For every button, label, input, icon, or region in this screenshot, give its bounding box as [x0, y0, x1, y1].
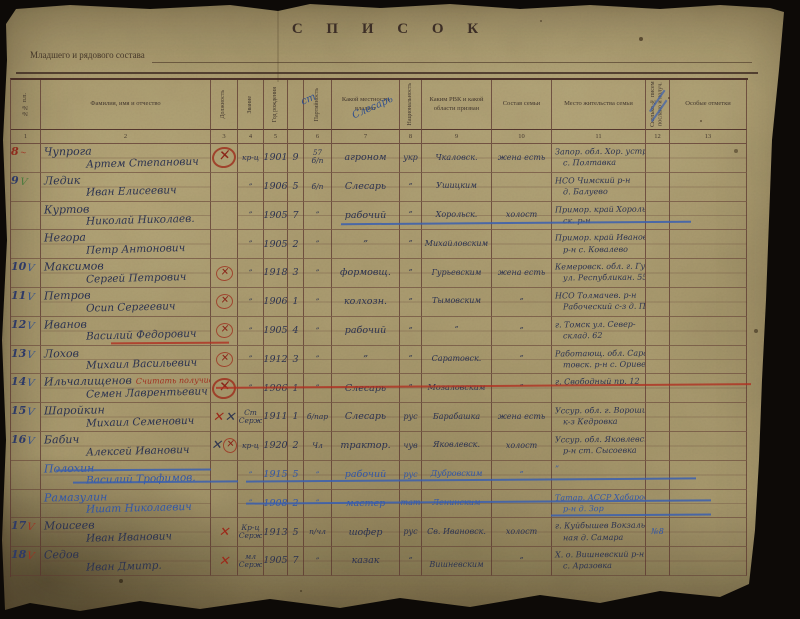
- rvk-line: Ленинским: [432, 499, 480, 508]
- party-line: б/п: [312, 157, 324, 165]
- row-number-cell: 15V: [11, 403, 41, 432]
- address-line-2: р-н д. Зор: [563, 502, 645, 514]
- party-line: ”: [316, 471, 320, 479]
- given-names-handwriting: Ишат Николаевич: [86, 502, 210, 517]
- party-cell: ”: [304, 259, 332, 288]
- letters-cell: [646, 259, 670, 288]
- profession-cell: ”: [332, 230, 400, 259]
- row-number: 17: [11, 520, 26, 531]
- rank-cell: млСерж: [238, 547, 264, 576]
- address-line-2: ул. Республикан. 55.: [563, 272, 645, 284]
- check-mark: V: [27, 408, 36, 419]
- rank-line: кр-ц: [242, 442, 259, 450]
- mark-cell: ✕: [211, 144, 238, 173]
- name-cell: ШаройкинМихаил Семенович: [41, 403, 211, 432]
- notes-cell: [670, 259, 747, 288]
- digit-cell: 3: [288, 346, 304, 375]
- check-mark: V: [27, 350, 36, 361]
- name-cell: КуртовНиколай Николаев.: [41, 202, 211, 231]
- party-line: ”: [316, 327, 320, 335]
- letters-cell: [646, 144, 670, 173]
- row-number: 15: [11, 405, 26, 416]
- column-number-9: 8: [400, 130, 422, 144]
- name-cell: ПетровОсип Сергеевич: [41, 288, 211, 317]
- notes-cell: [670, 374, 747, 403]
- party-line: ”: [316, 384, 320, 392]
- name-cell: МоисеевИван Иванович: [41, 518, 211, 547]
- party-cell: ”: [304, 202, 332, 231]
- family-cell: [492, 490, 552, 519]
- given-names-handwriting: Михаил Васильевич: [86, 358, 210, 373]
- rank-cell: Кр-цСерж: [238, 518, 264, 547]
- address-line-2: р-н с. Ковалево: [563, 243, 645, 255]
- profession-cell: рабочий: [332, 461, 400, 490]
- row-number: 8: [11, 146, 19, 157]
- given-names-handwriting: Иван Елисеевич: [86, 185, 210, 200]
- rvk-cell: Мозаловским: [422, 374, 492, 403]
- party-line: Чл: [312, 442, 323, 450]
- party-cell: б/п: [304, 173, 332, 202]
- check-mark: V: [27, 437, 36, 448]
- column-number-6: [288, 130, 304, 144]
- rank-cell: ”: [238, 490, 264, 519]
- rvk-line: Хорольск.: [436, 211, 478, 220]
- party-line: ”: [316, 499, 320, 507]
- profession-cell: казак: [332, 547, 400, 576]
- birth-year-cell: 1906: [264, 173, 288, 202]
- mark-cell: ✕: [211, 259, 238, 288]
- family-cell: жена есть: [492, 259, 552, 288]
- check-mark: V: [27, 552, 36, 563]
- digit-cell: 9: [288, 144, 304, 173]
- column-header-5: Год рождения: [264, 80, 288, 130]
- name-cell: ЧупрогаАртем Степанович: [41, 144, 211, 173]
- nationality-cell: рус: [400, 461, 422, 490]
- profession-cell: шофер: [332, 518, 400, 547]
- party-line: ”: [316, 269, 320, 277]
- given-names-handwriting: Михаил Семенович: [86, 415, 210, 430]
- party-cell: ”: [304, 346, 332, 375]
- rvk-line: Мозаловским: [428, 384, 486, 393]
- address-cell: Примор. край Ивановск.р-н с. Ковалево: [552, 230, 646, 259]
- nationality-cell: тат: [400, 490, 422, 519]
- check-mark: V: [27, 264, 36, 275]
- cross-mark: ✕: [215, 293, 234, 310]
- row-number-cell: 17V: [11, 518, 41, 547]
- nationality-cell: ”: [400, 547, 422, 576]
- column-number-1: 1: [11, 130, 41, 144]
- party-line: ”: [316, 298, 320, 306]
- party-line: ”: [316, 211, 320, 219]
- rank-cell: ”: [238, 230, 264, 259]
- paper-specks: [0, 0, 2, 2]
- cross-mark: ✕: [225, 411, 236, 424]
- row-number-cell: 9V: [11, 173, 41, 202]
- party-line: ”: [316, 355, 320, 363]
- digit-cell: 1: [288, 374, 304, 403]
- row-number-cell: 13V: [11, 346, 41, 375]
- family-cell: ”: [492, 547, 552, 576]
- nationality-cell: рус: [400, 518, 422, 547]
- nationality-cell: ”: [400, 259, 422, 288]
- aged-paper-sheet: С П И С О К Младшего и рядового состава …: [0, 0, 800, 619]
- mark-cell: ✕: [211, 547, 238, 576]
- check-mark: V: [19, 177, 28, 188]
- row-number-cell: 16V: [11, 432, 41, 461]
- birth-year-cell: 1913: [264, 518, 288, 547]
- address-cell: Работающ. обл. Сара-товск. р-н с. Оривел…: [552, 346, 646, 375]
- rank-line: ”: [249, 355, 253, 363]
- name-cell: ПолохинВасилий Трофимов.: [41, 461, 211, 490]
- party-line: б/п: [312, 183, 324, 191]
- rank-line: ”: [249, 327, 253, 335]
- birth-year-cell: 1915: [264, 461, 288, 490]
- party-cell: ”: [304, 288, 332, 317]
- mark-cell: ✕✕: [211, 403, 238, 432]
- party-cell: ”: [304, 547, 332, 576]
- address-line-1: Работающ. обл. Сара-: [555, 347, 645, 359]
- digit-cell: 5: [288, 173, 304, 202]
- notes-cell: [670, 230, 747, 259]
- mark-cell: ✕: [211, 346, 238, 375]
- address-cell: г. Свободный пр. 12: [552, 374, 646, 403]
- digit-cell: 4: [288, 317, 304, 346]
- mark-cell: ✕: [211, 374, 238, 403]
- party-cell: ”: [304, 317, 332, 346]
- family-cell: ”: [492, 461, 552, 490]
- party-cell: п/чл: [304, 518, 332, 547]
- given-names-handwriting: Николай Николаев.: [86, 214, 210, 229]
- rank-cell: ”: [238, 374, 264, 403]
- family-cell: жена есть: [492, 403, 552, 432]
- rvk-line: Тымовским: [432, 297, 481, 306]
- row-number: 13: [11, 348, 26, 359]
- family-cell: холост: [492, 432, 552, 461]
- family-cell: ”: [492, 346, 552, 375]
- column-header-4: Звание: [238, 80, 264, 130]
- column-header-1: №№ п.п.: [11, 80, 41, 130]
- profession-cell: мастер: [332, 490, 400, 519]
- cross-mark: ✕: [211, 439, 222, 452]
- birth-year-cell: 1901: [264, 144, 288, 173]
- address-cell: г. Куйбышев Вокзаль-ная д. Самара: [552, 518, 646, 547]
- paper-crease: [277, 4, 279, 82]
- digit-cell: 7: [288, 202, 304, 231]
- digit-cell: 3: [288, 259, 304, 288]
- notes-cell: [670, 288, 747, 317]
- party-cell: 57б/п: [304, 144, 332, 173]
- rank-line: Серж: [239, 532, 263, 540]
- address-line-2: р-н ст. Сысоевка: [563, 445, 645, 457]
- column-header-label: Каким РВК и какой области призван: [422, 95, 491, 113]
- digit-cell: 1: [288, 288, 304, 317]
- column-number-14: 13: [670, 130, 747, 144]
- rank-cell: СтСерж: [238, 403, 264, 432]
- letters-cell: №8: [646, 518, 670, 547]
- personnel-table: №№ п.п.Фамилия, имя и отчествоДолжностьЗ…: [10, 78, 748, 577]
- rvk-cell: Хорольск.: [422, 202, 492, 231]
- row-number: 11: [11, 290, 26, 301]
- letters-cell: [646, 461, 670, 490]
- rvk-line: Яковлевск.: [433, 441, 480, 450]
- nationality-cell: чув: [400, 432, 422, 461]
- nationality-cell: ”: [400, 202, 422, 231]
- given-names-handwriting: Петр Антонович: [86, 242, 210, 257]
- address-cell: Примор. край Хороль-ск. р-н: [552, 202, 646, 231]
- notes-cell: [670, 346, 747, 375]
- row-number-cell: 12V: [11, 317, 41, 346]
- given-names-handwriting: Иван Дмитр.: [86, 559, 210, 574]
- column-header-7: Партийность: [304, 80, 332, 130]
- rvk-cell: Тымовским: [422, 288, 492, 317]
- family-cell: холост: [492, 202, 552, 231]
- family-cell: жена есть: [492, 144, 552, 173]
- address-line-2: с. Полтавка: [563, 157, 645, 169]
- address-cell: НСО Толмачев. р-нРабоческий с-з д. Петро…: [552, 288, 646, 317]
- notes-cell: [670, 432, 747, 461]
- cross-mark: ✕: [211, 145, 238, 170]
- letters-cell: [646, 346, 670, 375]
- family-cell: ”: [492, 288, 552, 317]
- rvk-line: Вишневским: [429, 561, 483, 570]
- rank-line: ”: [249, 183, 253, 191]
- address-line-1: г. Томск ул. Север-: [555, 318, 645, 330]
- row-number-cell: [11, 490, 41, 519]
- notes-cell: [670, 490, 747, 519]
- profession-cell: рабочий: [332, 202, 400, 231]
- column-header-label: Состав семьи: [502, 99, 542, 109]
- rank-line: ”: [249, 211, 253, 219]
- check-mark: V: [27, 293, 36, 304]
- column-number-11: 10: [492, 130, 552, 144]
- birth-year-cell: 1905: [264, 547, 288, 576]
- profession-cell: Слесарь: [332, 403, 400, 432]
- mark-cell: [211, 202, 238, 231]
- birth-year-cell: 1906: [264, 374, 288, 403]
- row-number-cell: 18V: [11, 547, 41, 576]
- given-names-handwriting: Семен Лаврентьевич: [86, 386, 210, 401]
- birth-year-cell: 1918: [264, 259, 288, 288]
- letters-cell: [646, 288, 670, 317]
- column-header-8: Какой местности владеет: [332, 80, 400, 130]
- rvk-cell: Саратовск.: [422, 346, 492, 375]
- birth-year-cell: 1905: [264, 202, 288, 231]
- address-line-1: Примор. край Хороль-: [555, 203, 645, 215]
- rank-line: ”: [249, 269, 253, 277]
- address-cell: Х. о. Вишневский р-нс. Аразовка: [552, 547, 646, 576]
- column-header-13: Сколько № писем послано и получ.: [646, 80, 670, 130]
- subtitle-rule: [152, 62, 752, 63]
- address-line-1: Татар. АССР Хабаровск.: [555, 491, 645, 503]
- column-header-label: Фамилия, имя и отчество: [89, 99, 161, 109]
- nationality-cell: укр: [400, 144, 422, 173]
- letters-cell: [646, 432, 670, 461]
- profession-cell: ”: [332, 346, 400, 375]
- rank-cell: ”: [238, 202, 264, 231]
- column-header-label: Звание: [246, 95, 256, 115]
- address-line-1: Примор. край Ивановск.: [555, 232, 645, 244]
- mark-cell: [211, 230, 238, 259]
- profession-cell: Слесарь: [332, 173, 400, 202]
- column-number-8: 7: [332, 130, 400, 144]
- address-line-2: д. Балуево: [563, 186, 645, 198]
- address-cell: Кемеровск. обл. г. Гурьевскул. Республик…: [552, 259, 646, 288]
- digit-cell: 1: [288, 403, 304, 432]
- top-rule: [16, 72, 758, 74]
- rank-cell: кр-ц: [238, 432, 264, 461]
- birth-year-cell: 1906: [264, 288, 288, 317]
- check-mark: V: [27, 379, 36, 390]
- check-mark: V: [27, 321, 36, 332]
- rvk-cell: Дубровским: [422, 461, 492, 490]
- nationality-cell: ”: [400, 317, 422, 346]
- rank-line: ”: [249, 499, 253, 507]
- party-cell: Чл: [304, 432, 332, 461]
- digit-cell: 2: [288, 230, 304, 259]
- rvk-cell: Яковлевск.: [422, 432, 492, 461]
- rvk-line: Саратовск.: [432, 355, 482, 364]
- rank-line: кр-ц: [242, 154, 259, 162]
- name-cell: ИльчалищеновСчитать получивш.Семен Лавре…: [41, 374, 211, 403]
- letters-cell: [646, 403, 670, 432]
- name-cell: ИвановВасилий Федорович: [41, 317, 211, 346]
- address-line-2: товск. р-н с. Оривелево: [563, 358, 645, 370]
- page-subtitle: Младшего и рядового состава: [30, 50, 145, 60]
- cross-mark: ✕: [213, 411, 224, 424]
- column-number-2: 2: [41, 130, 211, 144]
- name-cell: ЛедикИван Елисеевич: [41, 173, 211, 202]
- rank-cell: ”: [238, 173, 264, 202]
- cross-mark: ✕: [211, 376, 238, 401]
- rank-line: ”: [249, 384, 253, 392]
- address-line-2: ная д. Самара: [563, 531, 645, 543]
- column-header-11: Состав семьи: [492, 80, 552, 130]
- cross-mark: ✕: [219, 555, 230, 568]
- scanned-document-page: { "page": { "title": "С П И С О К", "sub…: [0, 0, 800, 619]
- notes-cell: [670, 202, 747, 231]
- letters-cell: [646, 374, 670, 403]
- letters-cell: [646, 547, 670, 576]
- column-header-label: Какой местности владеет: [332, 95, 399, 113]
- mark-cell: ✕: [211, 518, 238, 547]
- party-line: п/чл: [309, 528, 326, 536]
- column-header-label: Должность: [219, 89, 229, 120]
- address-cell: ”: [552, 461, 646, 490]
- rvk-line: Дубровским: [431, 470, 483, 479]
- name-cell: РамазулинИшат Николаевич: [41, 490, 211, 519]
- rvk-line: Гурьевским: [432, 269, 482, 278]
- notes-cell: [670, 518, 747, 547]
- mark-cell: ✕: [211, 288, 238, 317]
- page-title: С П И С О К: [0, 21, 780, 38]
- row-number: 14: [11, 376, 26, 387]
- column-header-label: Партийность: [313, 87, 323, 122]
- rank-cell: ”: [238, 461, 264, 490]
- mark-cell: ✕: [211, 317, 238, 346]
- name-cell: НегораПетр Антонович: [41, 230, 211, 259]
- notes-cell: [670, 547, 747, 576]
- mark-cell: [211, 490, 238, 519]
- given-names-handwriting: Алексей Иванович: [86, 444, 210, 459]
- notes-cell: [670, 144, 747, 173]
- cross-mark: ✕: [215, 264, 234, 281]
- birth-year-cell: 1912: [264, 346, 288, 375]
- rank-cell: ”: [238, 346, 264, 375]
- family-cell: [492, 173, 552, 202]
- row-number-cell: [11, 461, 41, 490]
- address-line-2: с. Аразовка: [563, 560, 645, 572]
- letters-cell: [646, 173, 670, 202]
- profession-cell: трактор.: [332, 432, 400, 461]
- rvk-cell: Ушицким: [422, 173, 492, 202]
- rvk-cell: Ленинским: [422, 490, 492, 519]
- name-cell: БабичАлексей Иванович: [41, 432, 211, 461]
- rank-cell: кр-ц: [238, 144, 264, 173]
- address-line-1: ”: [555, 462, 645, 474]
- letters-cell: [646, 490, 670, 519]
- column-number-13: 12: [646, 130, 670, 144]
- column-header-label: Особые отметки: [684, 99, 732, 109]
- rvk-cell: Вишневским: [422, 547, 492, 576]
- family-cell: ”: [492, 317, 552, 346]
- column-header-label: №№ п.п.: [21, 92, 31, 117]
- rvk-cell: Гурьевским: [422, 259, 492, 288]
- party-line: б/пар: [307, 413, 328, 421]
- rvk-line: Св. Ивановск.: [427, 528, 486, 537]
- column-header-label: [295, 104, 297, 106]
- given-names-handwriting: Артем Степанович: [86, 156, 210, 171]
- rvk-cell: Чкаловск.: [422, 144, 492, 173]
- digit-cell: 5: [288, 518, 304, 547]
- column-header-14: Особые отметки: [670, 80, 747, 130]
- rvk-cell: Михайловским: [422, 230, 492, 259]
- birth-year-cell: 1908: [264, 490, 288, 519]
- notes-cell: [670, 173, 747, 202]
- profession-cell: агроном: [332, 144, 400, 173]
- row-number-cell: [11, 202, 41, 231]
- rvk-line: Михайловским: [425, 240, 488, 249]
- row-number-cell: 10V: [11, 259, 41, 288]
- address-line-2: к-з Кедровка: [563, 416, 645, 428]
- column-header-label: Место жительства семьи: [563, 99, 634, 109]
- given-names-handwriting: Сергей Петрович: [86, 271, 210, 286]
- rank-line: ”: [249, 240, 253, 248]
- rank-cell: ”: [238, 288, 264, 317]
- birth-year-cell: 1911: [264, 403, 288, 432]
- party-cell: ”: [304, 490, 332, 519]
- profession-cell: колхозн.: [332, 288, 400, 317]
- birth-year-cell: 1905: [264, 317, 288, 346]
- column-header-label: Год рождения: [271, 86, 281, 123]
- given-names-handwriting: Василий Федорович: [86, 329, 210, 344]
- party-cell: б/пар: [304, 403, 332, 432]
- given-names-handwriting: Осип Сергеевич: [86, 300, 210, 315]
- rvk-line: ”: [454, 326, 458, 335]
- check-mark: ~: [19, 149, 27, 158]
- row-number: 12: [11, 319, 26, 330]
- column-header-6: [288, 80, 304, 130]
- name-cell: СедовИван Дмитр.: [41, 547, 211, 576]
- column-header-12: Место жительства семьи: [552, 80, 646, 130]
- notes-cell: [670, 461, 747, 490]
- address-line-1: г. Куйбышев Вокзаль-: [555, 520, 645, 532]
- profession-cell: Слесарь: [332, 374, 400, 403]
- notes-cell: [670, 403, 747, 432]
- address-cell: Татар. АССР Хабаровск.р-н д. Зор: [552, 490, 646, 519]
- family-cell: [492, 230, 552, 259]
- party-line: ”: [316, 240, 320, 248]
- column-header-9: Национальность: [400, 80, 422, 130]
